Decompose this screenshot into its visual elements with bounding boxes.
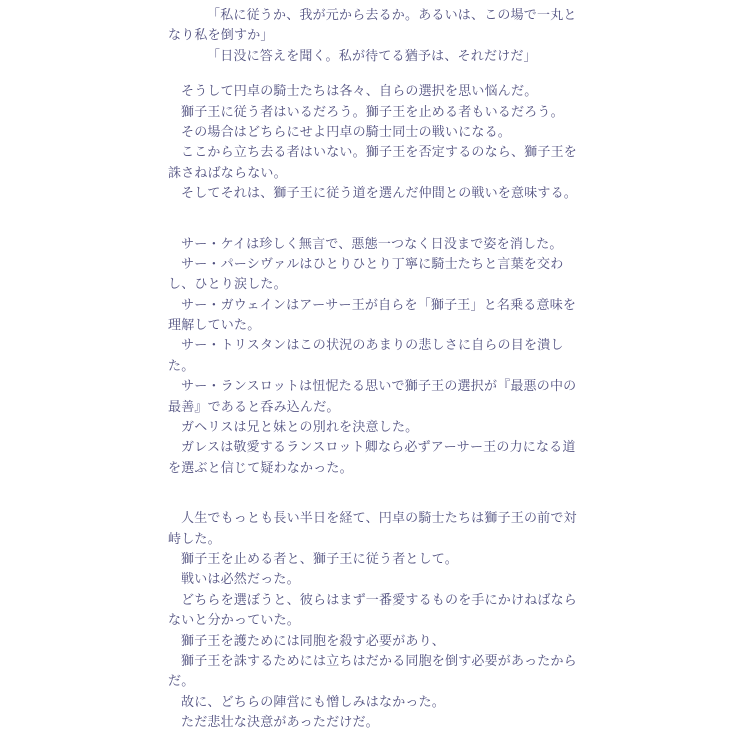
- text-line: し、ひとり涙した。: [168, 275, 690, 295]
- text-line: ガヘリスは兄と妹との別れを決意した。: [168, 418, 690, 438]
- text-line: ただ悲壮な決意があっただけだ。: [168, 713, 690, 733]
- text-line: た。: [168, 357, 690, 377]
- text-line: 「日没に答えを聞く。私が待てる猶予は、それだけだ」: [168, 47, 690, 67]
- text-line: 誅さねばならない。: [168, 164, 690, 184]
- text-line: サー・ランスロットは忸怩たる思いで獅子王の選択が『最悪の中の: [168, 377, 690, 397]
- text-line: だ。: [168, 672, 690, 692]
- text-line: サー・トリスタンはこの状況のあまりの悲しさに自らの目を潰し: [168, 336, 690, 356]
- text-line: そしてそれは、獅子王に従う道を選んだ仲間との戦いを意味する。: [168, 184, 690, 204]
- text-line: 峙した。: [168, 530, 690, 550]
- text-line: 戦いは必然だった。: [168, 570, 690, 590]
- text-line: その場合はどちらにせよ円卓の騎士同士の戦いになる。: [168, 123, 690, 143]
- blank-line: [168, 494, 690, 509]
- text-line: 理解していた。: [168, 316, 690, 336]
- text-line: ないと分かっていた。: [168, 611, 690, 631]
- text-line: 最善』であると呑み込んだ。: [168, 398, 690, 418]
- text-line: 獅子王を護ためには同胞を殺す必要があり、: [168, 632, 690, 652]
- text-line: 獅子王に従う者はいるだろう。獅子王を止める者もいるだろう。: [168, 103, 690, 123]
- blank-line: [168, 220, 690, 235]
- text-line: サー・パーシヴァルはひとりひとり丁寧に騎士たちと言葉を交わ: [168, 255, 690, 275]
- blank-line: [168, 67, 690, 82]
- blank-line: [168, 479, 690, 494]
- text-line: そうして円卓の騎士たちは各々、自らの選択を思い悩んだ。: [168, 82, 690, 102]
- text-line: ここから立ち去る者はいない。獅子王を否定するのなら、獅子王を: [168, 143, 690, 163]
- blank-line: [168, 205, 690, 220]
- text-line: どちらを選ぼうと、彼らはまず一番愛するものを手にかけねばなら: [168, 591, 690, 611]
- text-line: 獅子王を誅するためには立ちはだかる同胞を倒す必要があったから: [168, 652, 690, 672]
- text-line: サー・ガウェインはアーサー王が自らを「獅子王」と名乗る意味を: [168, 296, 690, 316]
- text-line: ガレスは敬愛するランスロット卿なら必ずアーサー王の力になる道: [168, 438, 690, 458]
- novel-text: 「私に従うか、我が元から去るか。あるいは、この場で一丸となり私を倒すか」「日没に…: [168, 6, 690, 734]
- text-line: 故に、どちらの陣営にも憎しみはなかった。: [168, 693, 690, 713]
- text-line: サー・ケイは珍しく無言で、悪態一つなく日没まで姿を消した。: [168, 235, 690, 255]
- text-line: を選ぶと信じて疑わなかった。: [168, 459, 690, 479]
- text-line: なり私を倒すか」: [168, 26, 690, 46]
- text-line: 獅子王を止める者と、獅子王に従う者として。: [168, 550, 690, 570]
- text-line: 人生でもっとも長い半日を経て、円卓の騎士たちは獅子王の前で対: [168, 509, 690, 529]
- novel-page: 「私に従うか、我が元から去るか。あるいは、この場で一丸となり私を倒すか」「日没に…: [0, 0, 750, 748]
- text-line: 「私に従うか、我が元から去るか。あるいは、この場で一丸と: [168, 6, 690, 26]
